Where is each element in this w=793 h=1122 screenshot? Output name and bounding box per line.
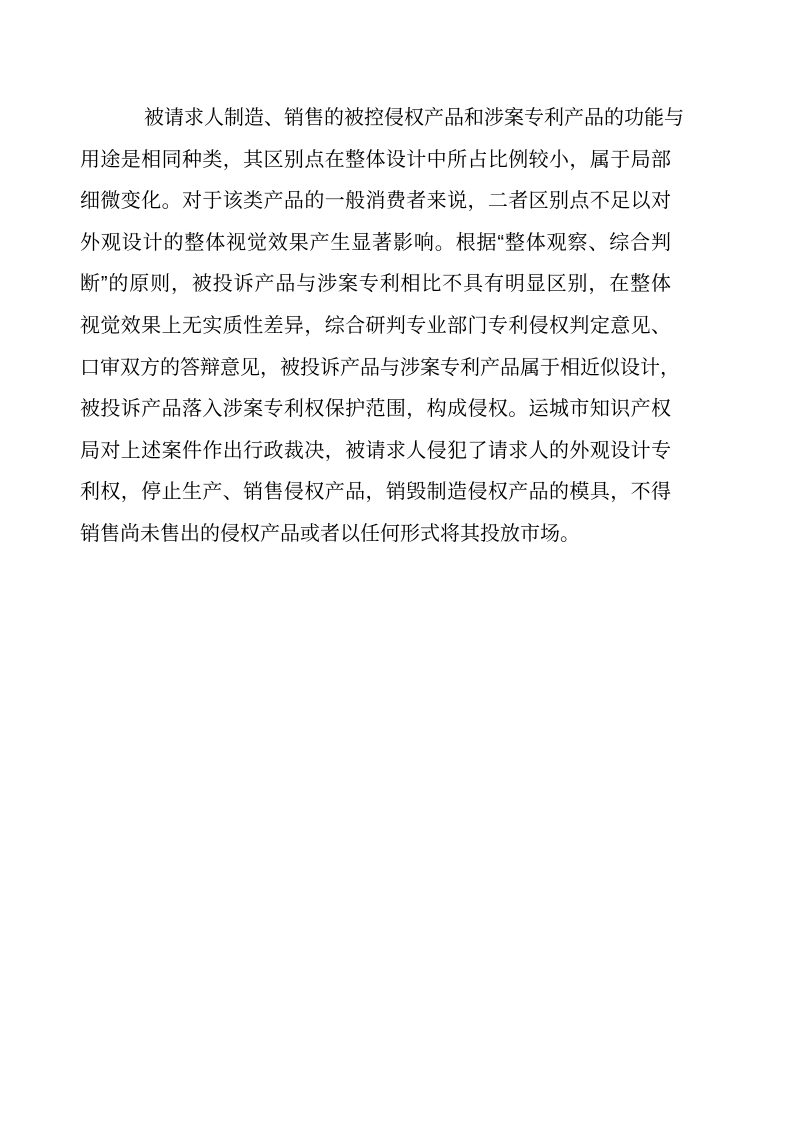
paragraph: 被请求人制造、销售的被控侵权产品和涉案专利产品的功能与用途是相同种类，其区别点在… [80,98,671,556]
text-line: 被投诉产品落入涉案专利权保护范围，构成侵权。运城市知识产权 [80,389,671,431]
document-page: 被请求人制造、销售的被控侵权产品和涉案专利产品的功能与用途是相同种类，其区别点在… [0,0,793,1122]
text-line: 口审双方的答辩意见，被投诉产品与涉案专利产品属于相近似设计， [80,348,671,390]
text-line: 销售尚未售出的侵权产品或者以任何形式将其投放市场。 [80,514,671,556]
text-line: 被请求人制造、销售的被控侵权产品和涉案专利产品的功能与 [80,98,671,140]
text-line: 外观设计的整体视觉效果产生显著影响。根据“整体观察、综合判 [80,223,671,265]
text-line: 利权，停止生产、销售侵权产品，销毁制造侵权产品的模具，不得 [80,472,671,514]
text-line: 断”的原则，被投诉产品与涉案专利相比不具有明显区别，在整体 [80,264,671,306]
text-line: 用途是相同种类，其区别点在整体设计中所占比例较小，属于局部 [80,140,671,182]
text-line: 视觉效果上无实质性差异，综合研判专业部门专利侵权判定意见、 [80,306,671,348]
text-line: 局对上述案件作出行政裁决，被请求人侵犯了请求人的外观设计专 [80,431,671,473]
text-line: 细微变化。对于该类产品的一般消费者来说，二者区别点不足以对 [80,181,671,223]
